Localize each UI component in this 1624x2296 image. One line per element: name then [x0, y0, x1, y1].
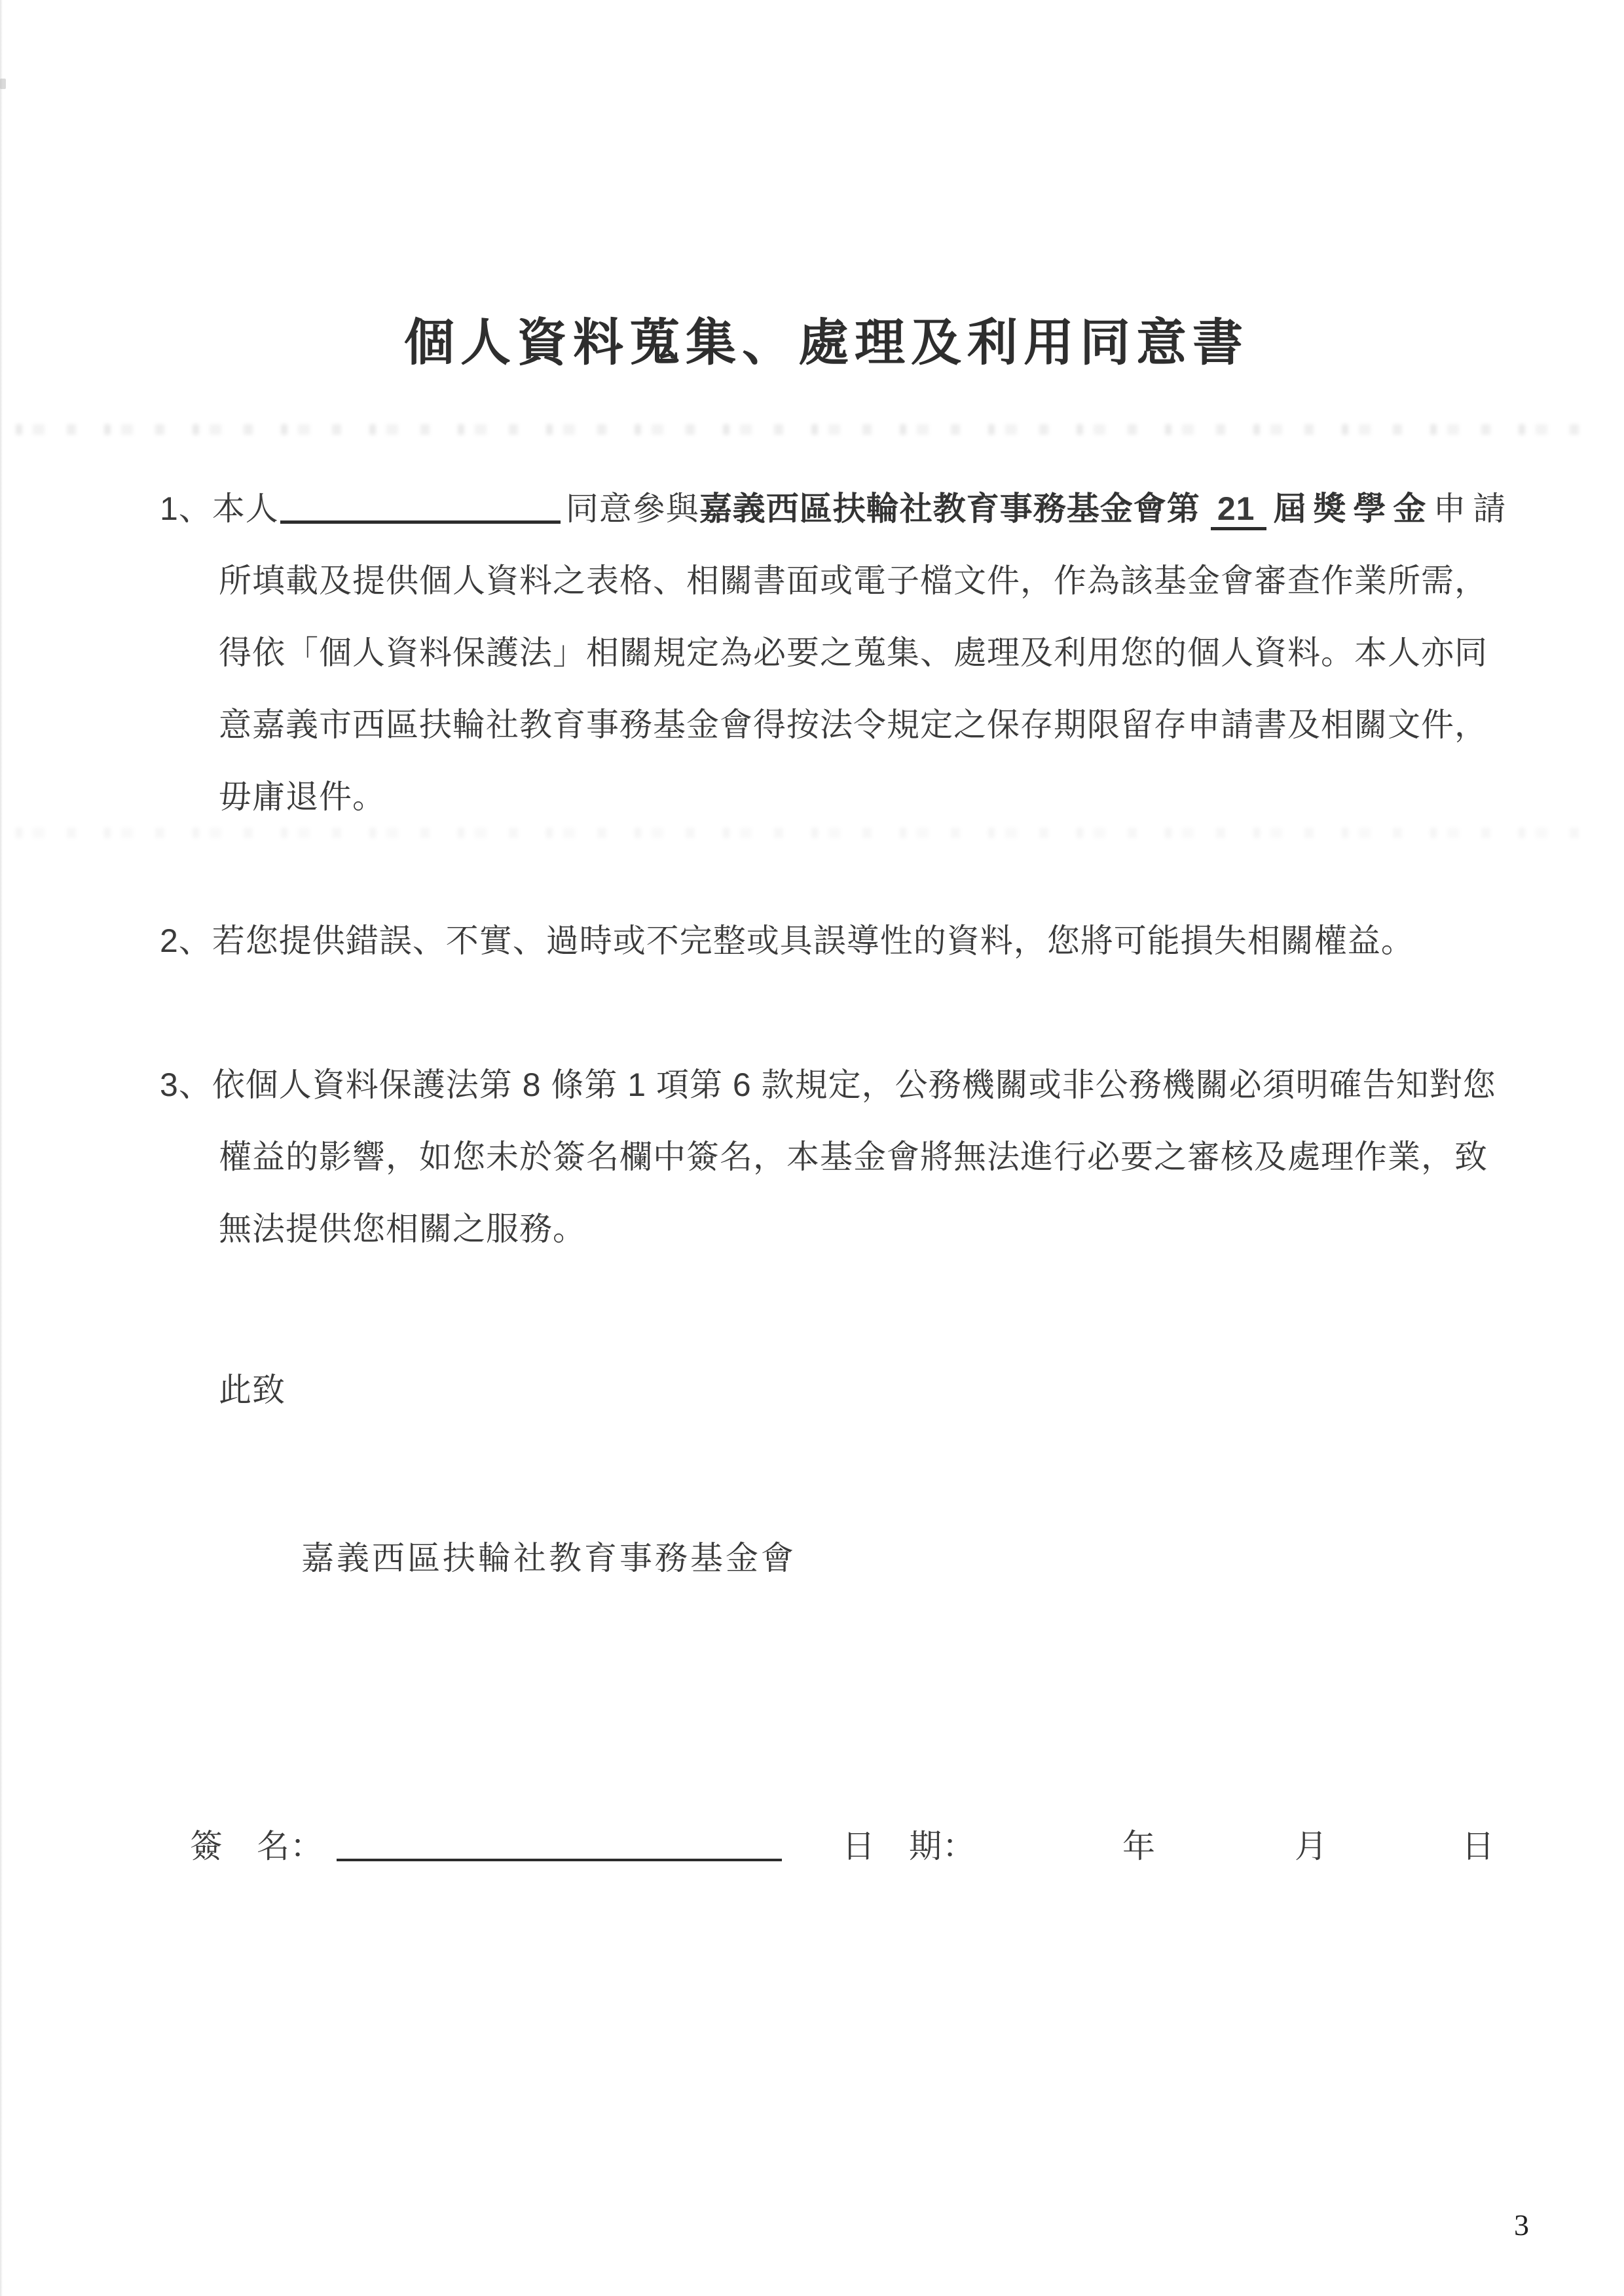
signature-line: 簽 名：日 期：年月日	[190, 1810, 1495, 1882]
consent-item-3-line-1: 3、依個人資料保護法第 8 條第 1 項第 6 款規定，公務機關或非公務機關必須…	[160, 1049, 1496, 1121]
item-1-marker: 1、	[160, 490, 212, 527]
consent-item-1: 1、本人同意參與嘉義西區扶輪社教育事務基金會第21屆獎學金申請 所填載及提供個人…	[160, 473, 1513, 833]
consent-item-1-line-2: 所填載及提供個人資料之表格、相關書面或電子檔文件，作為該基金會審查作業所需，	[219, 545, 1513, 617]
scan-speck	[0, 79, 6, 89]
item-1-suffix: 申請	[1433, 490, 1513, 527]
item-1-foundation-name: 嘉義西區扶輪社教育事務基金會第	[699, 490, 1200, 527]
signature-blank-field[interactable]	[337, 1855, 782, 1861]
item-2-text: 若您提供錯誤、不實、過時或不完整或具誤導性的資料，您將可能損失相關權益。	[212, 922, 1414, 959]
page-number: 3	[1514, 2208, 1529, 2242]
month-label: 月	[1295, 1828, 1328, 1865]
day-label: 日	[1462, 1828, 1495, 1865]
page-title: 個人資料蒐集、處理及利用同意書	[0, 302, 1624, 375]
signature-label: 簽 名：	[190, 1828, 323, 1865]
consent-item-3-line-2: 權益的影響，如您未於簽名欄中簽名，本基金會將無法進行必要之審核及處理作業，致	[219, 1121, 1496, 1193]
organization-name: 嘉義西區扶輪社教育事務基金會	[301, 1522, 796, 1594]
item-3-marker: 3、	[160, 1066, 212, 1103]
scholarship-term-number: 21	[1211, 490, 1267, 530]
scan-bleed-artifact	[16, 424, 1607, 435]
year-label: 年	[1122, 1828, 1156, 1865]
item-3-text-1: 依個人資料保護法第 8 條第 1 項第 6 款規定，公務機關或非公務機關必須明確…	[212, 1066, 1496, 1103]
document-page: 個人資料蒐集、處理及利用同意書 1、本人同意參與嘉義西區扶輪社教育事務基金會第2…	[0, 0, 1624, 2296]
item-1-prefix: 本人	[212, 490, 279, 527]
consent-item-1-line-3: 得依「個人資料保護法」相關規定為必要之蒐集、處理及利用您的個人資料。本人亦同	[219, 617, 1513, 689]
consent-item-2: 2、若您提供錯誤、不實、過時或不完整或具誤導性的資料，您將可能損失相關權益。	[160, 905, 1414, 977]
item-2-marker: 2、	[160, 922, 212, 959]
closing-salute-text: 此致	[219, 1354, 286, 1426]
name-blank-field[interactable]	[280, 517, 561, 524]
consent-item-1-line-5: 毋庸退件。	[219, 761, 1513, 833]
consent-item-3-line-3: 無法提供您相關之服務。	[219, 1193, 1496, 1265]
consent-item-2-line-1: 2、若您提供錯誤、不實、過時或不完整或具誤導性的資料，您將可能損失相關權益。	[160, 905, 1414, 977]
item-1-after-blank: 同意參與	[566, 490, 699, 527]
closing-salute: 此致	[219, 1354, 286, 1426]
date-label: 日 期：	[842, 1828, 976, 1865]
consent-item-1-line-4: 意嘉義市西區扶輪社教育事務基金會得按法令規定之保存期限留存申請書及相關文件，	[219, 689, 1513, 761]
consent-item-1-line-1: 1、本人同意參與嘉義西區扶輪社教育事務基金會第21屆獎學金申請	[160, 473, 1513, 545]
item-1-scholarship-label: 屆獎學金	[1273, 490, 1433, 527]
consent-item-3: 3、依個人資料保護法第 8 條第 1 項第 6 款規定，公務機關或非公務機關必須…	[160, 1049, 1496, 1265]
signature-row: 簽 名：日 期：年月日	[190, 1810, 1495, 1882]
addressee-organization: 嘉義西區扶輪社教育事務基金會	[301, 1522, 796, 1594]
